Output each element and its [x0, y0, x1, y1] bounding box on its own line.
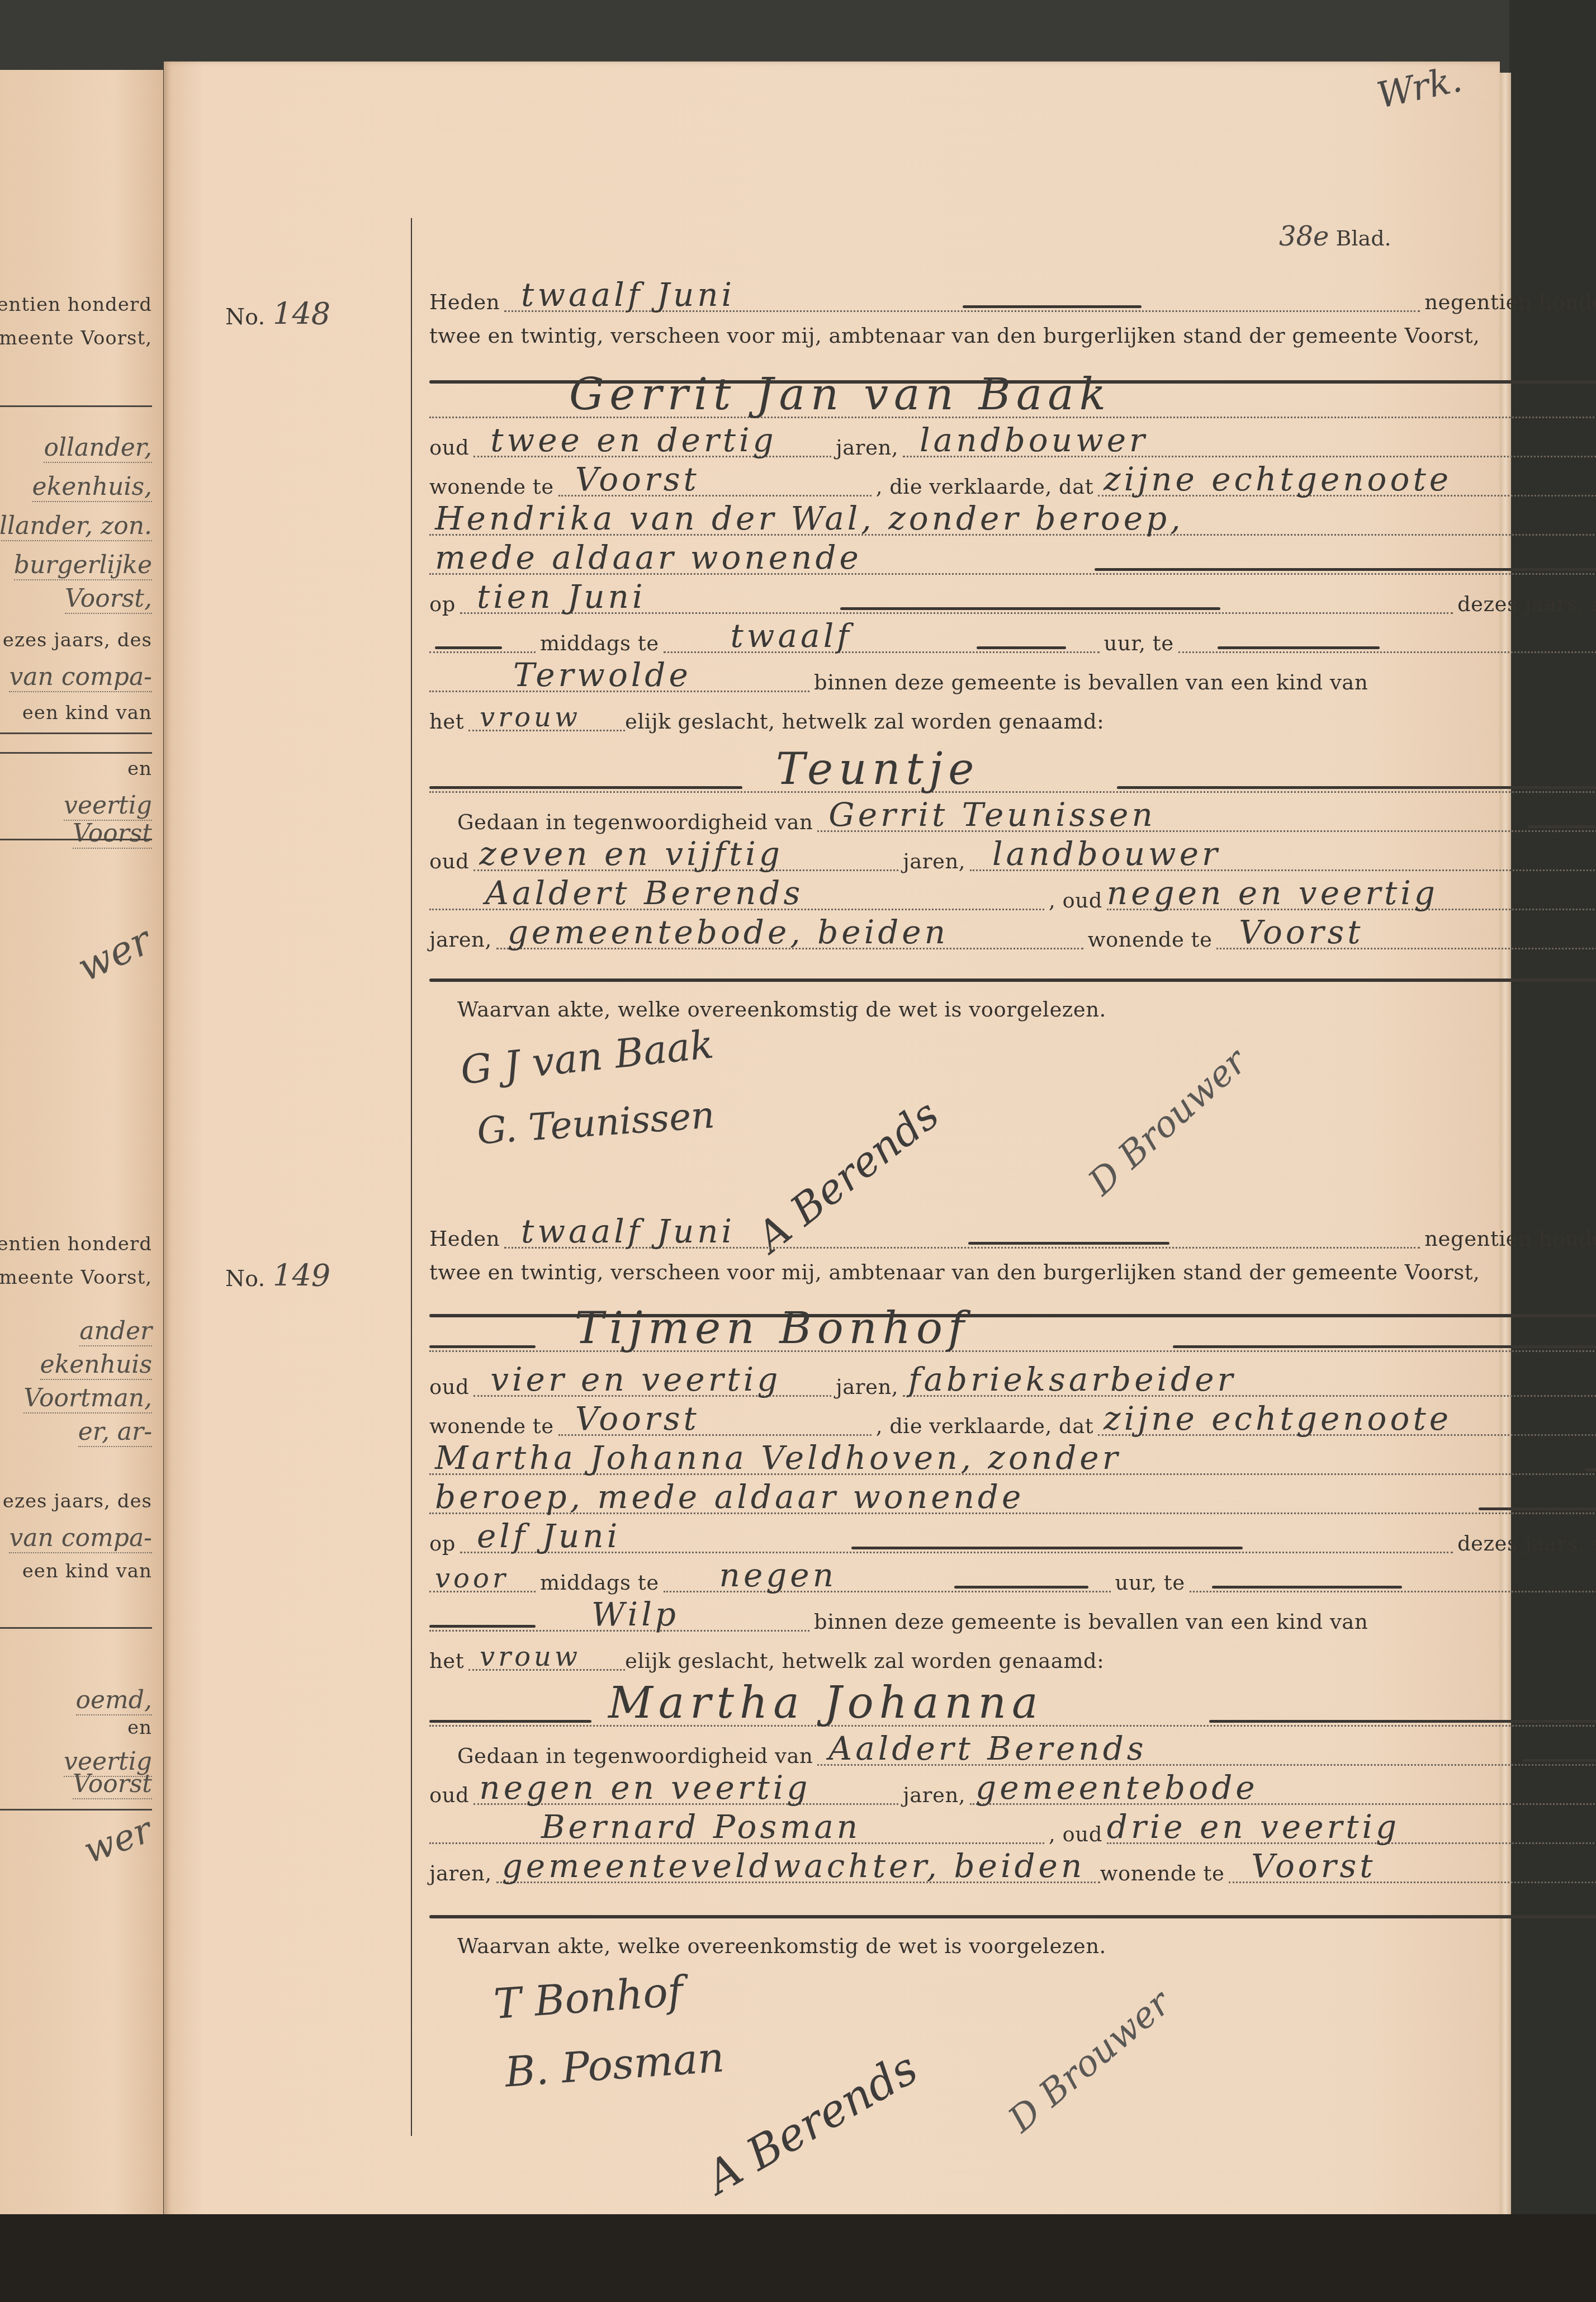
left-fill-rule [0, 752, 152, 754]
left-handwritten-text: van compa- [9, 1524, 152, 1553]
record-line-intro: twee en twintig, verscheen voor mij, amb… [429, 313, 1596, 352]
record-line-child-name: Teuntje [429, 738, 1596, 800]
fill-field: Martha Johanna Veldhoven, zonder [429, 1440, 1596, 1475]
left-handwritten-text: oemd, [76, 1686, 152, 1715]
signature-registrar: D Brouwer [1081, 1041, 1254, 1204]
record-line-witness1-age: oud negen en veertig jaren, gemeentebode… [429, 1772, 1596, 1812]
printed-text: wonende te [1088, 928, 1213, 956]
record-line-sex: het vrouw elijk geslacht, hetwelk zal wo… [429, 699, 1596, 738]
left-handwritten-text: Voortman, [23, 1384, 152, 1414]
filler-dash [429, 1625, 536, 1628]
fill-field: negen [664, 1557, 1111, 1592]
fill-field: voor [429, 1557, 536, 1592]
fill-field: Voorst [558, 461, 872, 497]
fill-field: elf Juni [460, 1518, 1453, 1553]
record-number-label: No. [225, 304, 265, 330]
record-line-residence: wonende te Voorst , die verklaarde, dat … [429, 464, 1596, 503]
printed-text: jaren, [429, 1861, 492, 1890]
printed-text: uur, te [1115, 1571, 1185, 1599]
filler-dash [1522, 1759, 1596, 1762]
record-line-intro: twee en twintig, verscheen voor mij, amb… [429, 1250, 1596, 1289]
left-printed-text: en [127, 758, 152, 780]
fill-field [1178, 618, 1596, 653]
witness-occupations: gemeenteveldwachter, beiden [502, 1847, 1086, 1885]
declarant-name: Tijmen Bonhof [575, 1303, 970, 1354]
filler-dash [429, 786, 742, 789]
mother-residence: beroep, mede aldaar wonende [435, 1478, 1024, 1516]
record-line-child-name: Martha Johanna [429, 1672, 1596, 1733]
record-line-birth-date: op tien Juni dezes jaars, des [429, 582, 1596, 621]
left-handwritten-text: veertig [64, 791, 152, 821]
fill-field: drie en veertig [1107, 1809, 1596, 1844]
printed-text: jaren, [836, 436, 898, 464]
record-closing: Waarvan akte, welke overeenkomstig de we… [429, 1923, 1596, 1963]
closing-text: Waarvan akte, welke overeenkomstig de we… [429, 998, 1106, 1026]
filler-dash [429, 1345, 536, 1348]
fill-field: twaalf [664, 618, 1100, 653]
filler-dash [1173, 1345, 1596, 1348]
sheet-number-value: 38e [1279, 221, 1329, 252]
signature-father: T Bonhof [492, 1967, 684, 2028]
filler-dash [977, 646, 1066, 649]
left-printed-text: en [127, 1717, 152, 1739]
witness2-name: Bernard Posman [541, 1808, 861, 1846]
printed-text: , oud [1049, 888, 1102, 917]
fill-field [429, 618, 536, 653]
fill-field: Voorst [1216, 914, 1596, 949]
fill-field: mede aldaar wonende [429, 540, 1596, 575]
sheet-label: Blad. [1335, 226, 1391, 250]
fill-field: tien Juni [460, 579, 1453, 614]
filler-dash [1095, 568, 1596, 571]
printed-text: binnen deze gemeente is bevallen van een… [814, 1610, 1368, 1638]
record-line-mother: Martha Johanna Veldhoven, zonder [429, 1443, 1596, 1482]
record-line-birth-time: voor middags te negen uur, te [429, 1560, 1596, 1599]
fill-field: Hendrika van der Wal, zonder beroep, [429, 500, 1596, 536]
mother-residence: mede aldaar wonende [435, 538, 862, 576]
witness1-name: Gerrit Teunissen [828, 796, 1155, 834]
declarant-residence: Voorst [575, 1400, 700, 1438]
record-line-declarant: Tijmen Bonhof [429, 1320, 1596, 1359]
fill-field: Terwolde [429, 657, 809, 692]
declarant-residence: Voorst [575, 460, 700, 498]
left-handwritten-text: ekenhuis [40, 1350, 152, 1380]
printed-text: uur, te [1104, 631, 1174, 660]
printed-text: jaren, [429, 928, 492, 956]
printed-text: dezes jaars, des [1457, 1531, 1596, 1560]
filler-dash [429, 1720, 591, 1723]
left-handwritten-text: Voorst, [65, 584, 152, 614]
record-number-value: 148 [273, 296, 330, 332]
left-fill-rule [0, 1809, 152, 1811]
fill-field: vier en veertig [473, 1362, 831, 1397]
left-handwritten-text: ollander, [44, 433, 152, 463]
fill-field: Aaldert Berends [817, 1731, 1596, 1766]
record-line-mother-cont: mede aldaar wonende [429, 542, 1596, 582]
filler-dash [435, 646, 502, 649]
left-handwritten-text: Voorst [73, 1770, 152, 1799]
fill-field: fabrieksarbeider [903, 1362, 1596, 1397]
left-handwritten-text: Voorst [73, 819, 152, 849]
witness1-occupation: landbouwer [992, 835, 1221, 873]
handwritten-date: twaalf Juni [521, 1212, 735, 1250]
filler-dash [1479, 1507, 1596, 1510]
handwritten-text: zijne echtgenoote [1104, 1400, 1452, 1438]
left-printed-text: ezes jaars, des [3, 1490, 152, 1512]
record-line-residence: wonende te Voorst , die verklaarde, dat … [429, 1403, 1596, 1443]
fill-field: vrouw [468, 1635, 625, 1671]
time-prefix: voor [435, 1563, 509, 1594]
declarant-occupation: landbouwer [920, 421, 1148, 459]
fill-field: gemeentebode [970, 1770, 1596, 1805]
signature-father: G J van Baak [458, 1021, 716, 1093]
filler-rule [429, 1915, 1596, 1918]
witness1-age: negen en veertig [479, 1769, 811, 1807]
birth-date: tien Juni [477, 578, 646, 616]
signature-witness2: B. Posman [503, 2033, 726, 2096]
printed-text: twee en twintig, verscheen voor mij, amb… [429, 1260, 1480, 1289]
birth-hour: twaalf [731, 617, 853, 655]
printed-text: jaren, [903, 1783, 965, 1812]
witness2-age: drie en veertig [1107, 1808, 1400, 1846]
record-line-witness1: Gedaan in tegenwoordigheid van Gerrit Te… [429, 800, 1596, 839]
printed-text: jaren, [836, 1375, 898, 1403]
printed-text: oud [429, 1783, 469, 1812]
record-number: No.149 [225, 1258, 330, 1293]
fill-field: twaalf Juni [504, 277, 1420, 312]
record-line-mother-cont: beroep, mede aldaar wonende [429, 1482, 1596, 1521]
declarant-name: Gerrit Jan van Baak [569, 370, 1111, 420]
filler-dash [1209, 1720, 1596, 1723]
mother-name: Martha Johanna Veldhoven, zonder [435, 1439, 1121, 1477]
fill-field: Voorst [1229, 1848, 1596, 1883]
left-fill-rule [0, 839, 152, 840]
witness1-occupation: gemeentebode [975, 1769, 1258, 1807]
left-handwritten-text: van compa- [9, 663, 152, 692]
left-handwritten-text: ander [79, 1317, 152, 1346]
record-line-witness-occupations: jaren, gemeenteveldwachter, beiden wonen… [429, 1851, 1596, 1890]
filler-dash [1117, 786, 1596, 789]
fill-field: beroep, mede aldaar wonende [429, 1479, 1596, 1514]
margin-rule [411, 218, 412, 2136]
printed-text: op [429, 1531, 456, 1560]
fill-field: Wilp [429, 1596, 809, 1632]
record-number: No.148 [225, 296, 330, 332]
record-closing: Waarvan akte, welke overeenkomstig de we… [429, 987, 1596, 1026]
filler-dash [1528, 825, 1596, 828]
handwritten-text: zijne echtgenoote [1104, 460, 1452, 498]
fill-field: zijne echtgenoote [1098, 1401, 1596, 1436]
declarant-age: vier en veertig [490, 1360, 781, 1398]
witness1-name: Aaldert Berends [828, 1729, 1147, 1767]
left-handwritten-text: ekenhuis, [32, 472, 152, 502]
register-page: Wrk. 38eBlad. No.148 Heden twaalf Juni n… [164, 62, 1500, 2231]
filler-dash [840, 607, 1220, 610]
fill-field: Tijmen Bonhof [429, 1317, 1596, 1352]
declarant-age: twee en dertig [490, 421, 776, 459]
record-line-birth-date: op elf Juni dezes jaars, des [429, 1521, 1596, 1560]
filler-dash [963, 305, 1142, 308]
filler-dash [1212, 1586, 1402, 1589]
printed-text: wonende te [1100, 1861, 1225, 1890]
fill-field: Voorst [558, 1401, 872, 1436]
printed-text: oud [429, 849, 469, 878]
record-line-witness2: Aaldert Berends , oud negen en veertig [429, 878, 1596, 917]
printed-text: oud [429, 1375, 469, 1403]
left-printed-text: entien honderd [0, 1233, 152, 1255]
witness2-age: negen en veertig [1107, 874, 1438, 912]
child-name: Martha Johanna [608, 1678, 1043, 1728]
filler-dash [1585, 1468, 1596, 1471]
left-page-fragment: entien honderd emeente Voorst, ollander,… [0, 70, 163, 2228]
record-line-birth-time: middags te twaalf uur, te [429, 621, 1596, 660]
fill-field: negen en veertig [473, 1770, 898, 1805]
page-annotation: Wrk. [1374, 59, 1466, 117]
fill-field: twee en dertig [473, 422, 831, 457]
birth-place: Terwolde [513, 656, 692, 694]
record-line-age-occupation: oud twee en dertig jaren, landbouwer [429, 425, 1596, 464]
printed-text: dezes jaars, des [1457, 592, 1596, 621]
fill-field: zijne echtgenoote [1098, 461, 1596, 497]
record-line-birth-place: Wilp binnen deze gemeente is bevallen va… [429, 1599, 1596, 1638]
filler-dash [968, 1242, 1169, 1245]
fill-field: landbouwer [903, 422, 1596, 457]
left-printed-text: emeente Voorst, [0, 327, 152, 349]
record-number-label: No. [225, 1266, 265, 1292]
fill-field: Teuntje [429, 735, 1596, 793]
filler-dash [1218, 646, 1380, 649]
left-handwritten-text: er, ar- [78, 1417, 152, 1447]
child-sex: vrouw [480, 702, 581, 733]
left-signature-fragment: wer [70, 917, 158, 990]
mother-name: Hendrika van der Wal, zonder beroep, [435, 499, 1184, 537]
fill-field: Gerrit Teunissen [817, 797, 1596, 832]
birth-place: Wilp [591, 1595, 679, 1633]
signature-registrar: D Brouwer [1001, 1982, 1178, 2140]
record-line-mother: Hendrika van der Wal, zonder beroep, [429, 503, 1596, 542]
filler-dash [954, 1586, 1088, 1589]
birth-date: elf Juni [477, 1517, 621, 1555]
fill-field: landbouwer [970, 836, 1596, 871]
left-fill-rule [0, 405, 152, 407]
witness2-name: Aaldert Berends [485, 874, 803, 912]
filler-rule [429, 979, 1596, 982]
fill-field: Gerrit Jan van Baak [429, 383, 1596, 418]
witness-residence: Voorst [1239, 913, 1363, 951]
left-printed-text: een kind van [22, 702, 152, 724]
filler-dash [851, 1547, 1243, 1549]
fill-field: negen en veertig [1107, 875, 1596, 910]
witness1-age: zeven en vijftig [479, 835, 783, 873]
signature-witness1: G. Teunissen [476, 1093, 716, 1153]
printed-text: twee en twintig, verscheen voor mij, amb… [429, 324, 1480, 352]
fill-field: vrouw [468, 696, 625, 731]
printed-text: het [429, 710, 464, 738]
record-line-declarant: Gerrit Jan van Baak [429, 386, 1596, 425]
fill-field [1190, 1557, 1596, 1592]
child-sex: vrouw [480, 1641, 581, 1672]
fill-field: zeven en vijftig [473, 836, 898, 871]
witness-residence: Voorst [1251, 1847, 1376, 1885]
left-printed-text: entien honderd [0, 294, 152, 316]
printed-text: jaren, [903, 849, 965, 878]
record-line-age-occupation: oud vier en veertig jaren, fabrieksarbei… [429, 1364, 1596, 1403]
fill-field: Martha Johanna [429, 1669, 1596, 1727]
record-line-witness1: Gedaan in tegenwoordigheid van Aaldert B… [429, 1733, 1596, 1772]
printed-text: elijk geslacht, hetwelk zal worden genaa… [625, 710, 1104, 738]
handwritten-date: twaalf Juni [521, 276, 735, 314]
fill-field: Aaldert Berends [429, 875, 1044, 910]
child-name: Teuntje [776, 744, 979, 795]
signature-witness1: A Berends [698, 2042, 926, 2204]
left-handwritten-text: burgerlijke [14, 551, 152, 580]
printed-text: op [429, 592, 456, 621]
sheet-number: 38eBlad. [1279, 221, 1391, 252]
record-line-birth-place: Terwolde binnen deze gemeente is bevalle… [429, 660, 1596, 699]
printed-text: binnen deze gemeente is bevallen van een… [814, 670, 1368, 699]
printed-text: oud [429, 436, 469, 464]
background-dark-bottom [0, 2214, 1596, 2302]
birth-hour: negen [719, 1556, 837, 1594]
record-number-value: 149 [273, 1258, 330, 1293]
declarant-occupation: fabrieksarbeider [908, 1360, 1236, 1398]
record-line-witness-occupations: jaren, gemeentebode, beiden wonende te V… [429, 917, 1596, 956]
fill-field: twaalf Juni [504, 1213, 1420, 1249]
record-line-witness2: Bernard Posman , oud drie en veertig [429, 1812, 1596, 1851]
closing-text: Waarvan akte, welke overeenkomstig de we… [429, 1934, 1106, 1963]
left-fill-rule [0, 1627, 152, 1629]
fill-field: Bernard Posman [429, 1809, 1044, 1844]
fill-field: gemeentebode, beiden [496, 914, 1083, 949]
record-line-witness1-age: oud zeven en vijftig jaren, landbouwer e… [429, 839, 1596, 878]
witness-occupations: gemeentebode, beiden [508, 913, 949, 951]
left-printed-text: ezes jaars, des [3, 629, 152, 651]
fill-field: gemeenteveldwachter, beiden [496, 1848, 1100, 1883]
left-fill-rule [0, 732, 152, 734]
left-printed-text: een kind van [22, 1560, 152, 1582]
left-handwritten-text: Hollander, zon. [0, 512, 152, 541]
left-signature-fragment: wer [78, 1809, 157, 1872]
